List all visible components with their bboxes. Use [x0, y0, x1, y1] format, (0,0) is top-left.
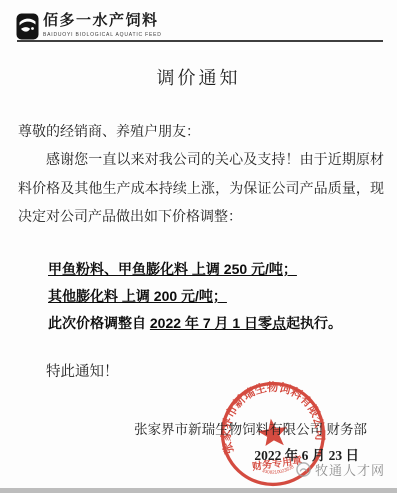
price-adjustments: 甲鱼粉料、甲鱼膨化料 上调 250 元/吨； 其他膨化料 上调 200 元/吨；…: [48, 256, 389, 337]
body-paragraph: 感谢您一直以来对我公司的关心及支持！由于近期原材料价格及其他生产成本持续上涨，为…: [18, 147, 384, 233]
document-page: 佰多一水产饲料 BAIDUOYI BIOLOGICAL AQUATIC FEED…: [0, 0, 397, 493]
letterhead: 佰多一水产饲料 BAIDUOYI BIOLOGICAL AQUATIC FEED: [16, 12, 383, 40]
watermark-label: 牧通人才网: [315, 460, 385, 479]
adjustment-line-1: 甲鱼粉料、甲鱼膨化料 上调 250 元/吨；: [48, 256, 389, 283]
effective-date: 2022 年 7 月 1 日零点: [150, 315, 286, 331]
brand-block: 佰多一水产饲料 BAIDUOYI BIOLOGICAL AQUATIC FEED: [43, 12, 162, 38]
adjustment-line-3-suffix: 起执行。: [286, 315, 342, 331]
adjustment-line-3: 此次价格调整自 2022 年 7 月 1 日零点起执行。: [48, 310, 389, 337]
brand-tagline: BAIDUOYI BIOLOGICAL AQUATIC FEED: [43, 32, 162, 38]
page-title: 调价通知: [0, 64, 397, 90]
header-rule: [17, 40, 383, 42]
salutation: 尊敬的经销商、养殖户朋友：: [18, 121, 384, 141]
brand-name: 佰多一水产饲料: [43, 12, 162, 30]
fish-brand-logo-icon: [16, 13, 39, 40]
closing-note: 特此通知！: [46, 360, 119, 381]
adjustment-line-3-prefix: 此次价格调整自: [48, 315, 150, 331]
watermark: 牧通人才网: [296, 460, 385, 479]
adjustment-line-2: 其他膨化料 上调 200 元/吨；: [48, 283, 389, 310]
signature-company: 张家界市新瑞生物饲料有限公司 财务部: [0, 418, 367, 438]
bottom-bar: [0, 488, 397, 493]
mutong-site-logo-icon: [296, 462, 311, 477]
